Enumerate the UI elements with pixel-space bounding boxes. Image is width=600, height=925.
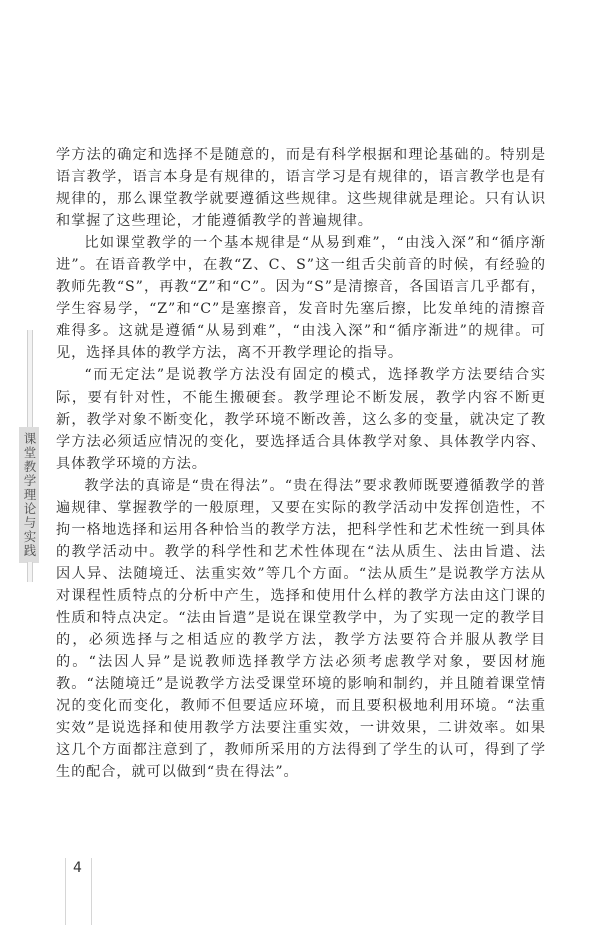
book-title-label: 课堂教学理论与实践 xyxy=(20,432,38,558)
footer-rule-left xyxy=(65,858,66,925)
paragraph: “而无定法”是说教学方法没有固定的模式，选择教学方法要结合实际，要有针对性，不能… xyxy=(56,364,546,474)
chapter-side-tab: 课堂教学理论与实践 xyxy=(19,427,39,563)
paragraph: 教学法的真谛是“贵在得法”。“贵在得法”要求教师既要遵循教学的普遍规律、掌握教学… xyxy=(56,475,546,784)
footer-rule-right xyxy=(91,858,92,925)
paragraph: 比如课堂教学的一个基本规律是“从易到难”，“由浅入深”和“循序渐进”。在语音教学… xyxy=(56,232,546,364)
paragraph: 学方法的确定和选择不是随意的，而是有科学根据和理论基础的。特别是语言教学，语言本… xyxy=(56,144,546,232)
side-rail-bottom-line xyxy=(27,562,33,582)
side-rail-top-line xyxy=(27,330,33,427)
page-body-text: 学方法的确定和选择不是随意的，而是有科学根据和理论基础的。特别是语言教学，语言本… xyxy=(56,144,546,783)
page-number: 4 xyxy=(73,860,82,876)
